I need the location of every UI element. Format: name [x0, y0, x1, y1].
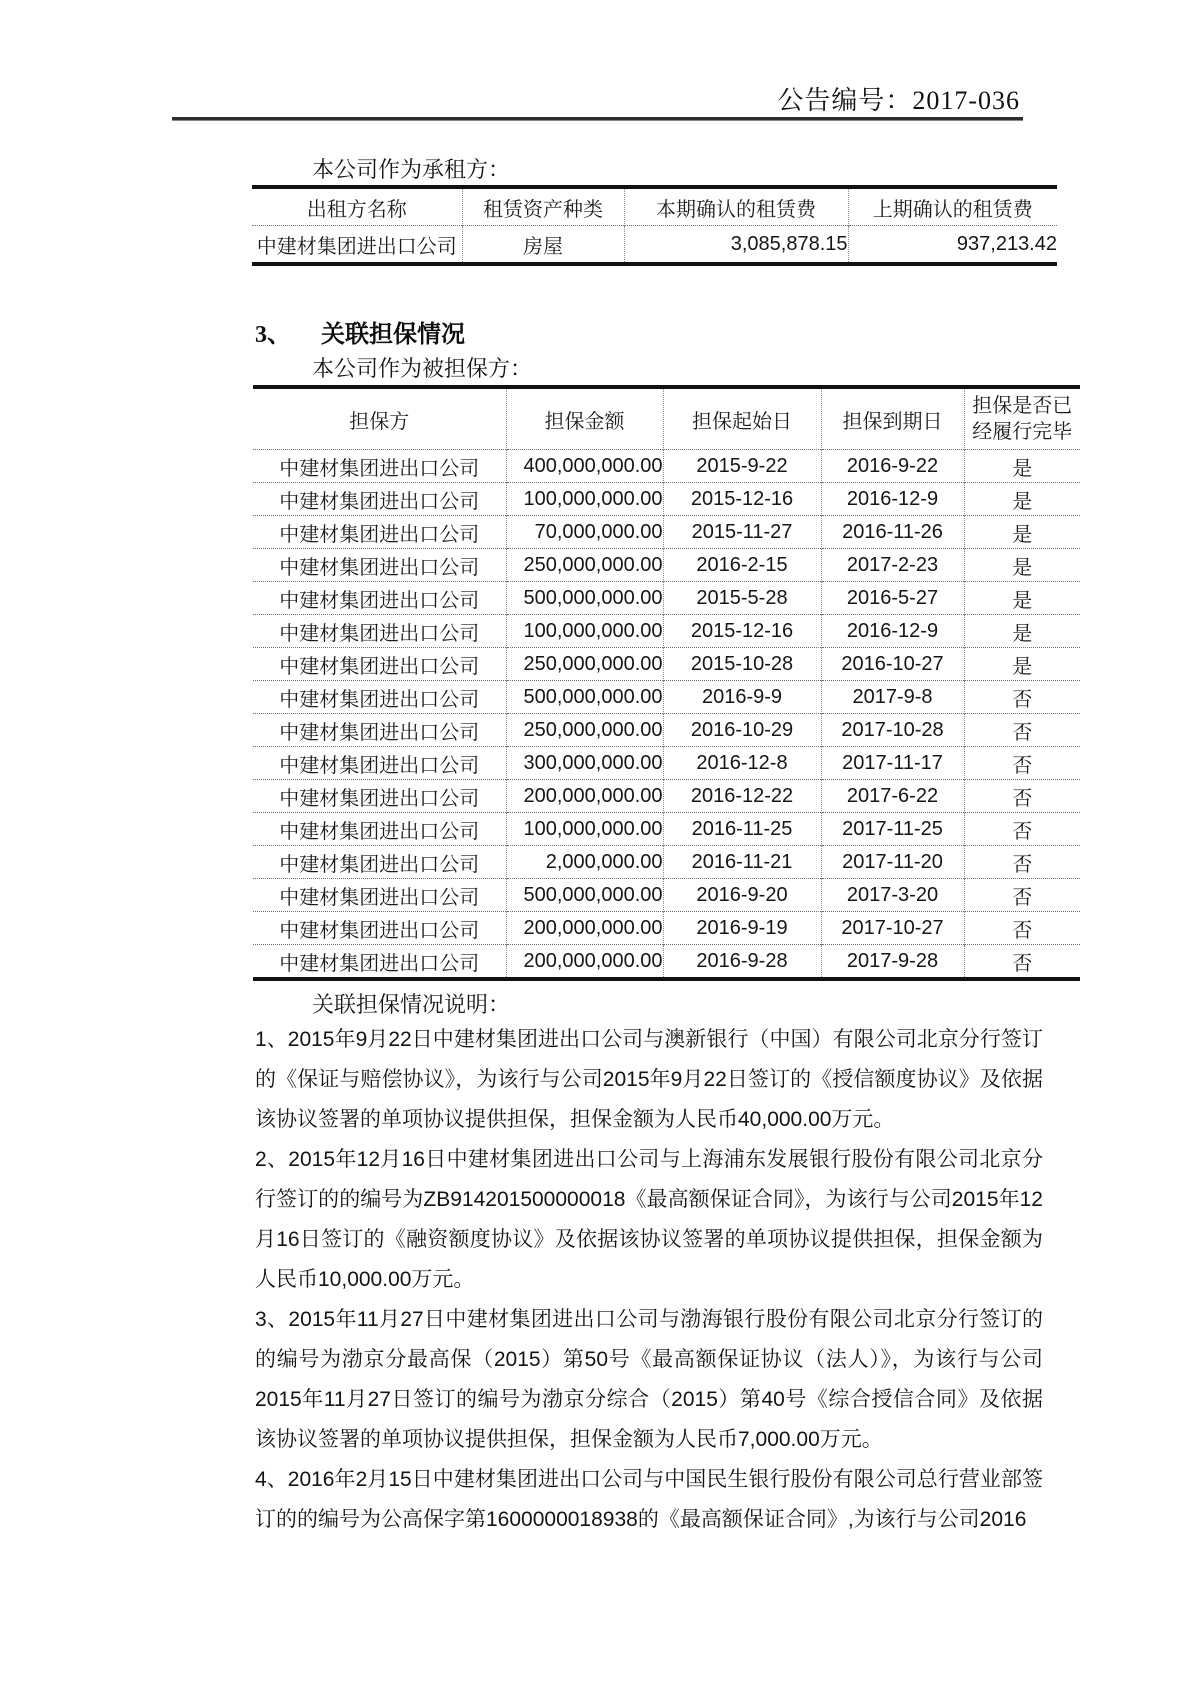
cell-end-date: 2017-6-22 [821, 780, 964, 813]
cell-fulfilled: 否 [964, 912, 1080, 945]
cell-amount: 500,000,000.00 [506, 582, 663, 615]
header-cell-asset-type: 租赁资产种类 [462, 187, 624, 226]
cell-end-date: 2017-2-23 [821, 549, 964, 582]
cell-start-date: 2016-2-15 [663, 549, 821, 582]
cell-current-fee: 3,085,878.15 [624, 226, 848, 265]
guarantee-table-header-row: 担保方 担保金额 担保起始日 担保到期日 担保是否已 经履行完毕 [253, 387, 1080, 450]
cell-end-date: 2017-9-8 [821, 681, 964, 714]
cell-end-date: 2016-12-9 [821, 483, 964, 516]
cell-start-date: 2016-12-8 [663, 747, 821, 780]
cell-end-date: 2016-11-26 [821, 516, 964, 549]
cell-end-date: 2017-10-28 [821, 714, 964, 747]
cell-party: 中建材集团进出口公司 [253, 912, 506, 945]
cell-end-date: 2017-10-27 [821, 912, 964, 945]
table-row: 中建材集团进出口公司 200,000,000.00 2016-9-28 2017… [253, 945, 1080, 980]
table-row: 中建材集团进出口公司 250,000,000.00 2016-10-29 201… [253, 714, 1080, 747]
cell-party: 中建材集团进出口公司 [253, 780, 506, 813]
table-row: 中建材集团进出口公司 300,000,000.00 2016-12-8 2017… [253, 747, 1080, 780]
cell-amount: 200,000,000.00 [506, 780, 663, 813]
cell-start-date: 2015-5-28 [663, 582, 821, 615]
cell-party: 中建材集团进出口公司 [253, 516, 506, 549]
cell-party: 中建材集团进出口公司 [253, 879, 506, 912]
header-cell-fulfilled: 担保是否已 经履行完毕 [964, 387, 1080, 450]
cell-amount: 100,000,000.00 [506, 615, 663, 648]
cell-amount: 250,000,000.00 [506, 549, 663, 582]
cell-start-date: 2016-11-21 [663, 846, 821, 879]
table-row: 中建材集团进出口公司 250,000,000.00 2016-2-15 2017… [253, 549, 1080, 582]
cell-amount: 2,000,000.00 [506, 846, 663, 879]
note-paragraph: 4、2016年2月15日中建材集团进出口公司与中国民生银行股份有限公司总行营业部… [255, 1460, 1043, 1540]
document-page: 公告编号：2017-036 本公司作为承租方： 出租方名称 租赁资产种类 本期确… [0, 0, 1200, 1697]
table-row: 中建材集团进出口公司 2,000,000.00 2016-11-21 2017-… [253, 846, 1080, 879]
cell-start-date: 2015-10-28 [663, 648, 821, 681]
cell-amount: 500,000,000.00 [506, 879, 663, 912]
note-paragraph: 2、2015年12月16日中建材集团进出口公司与上海浦东发展银行股份有限公司北京… [255, 1140, 1043, 1300]
cell-fulfilled: 否 [964, 846, 1080, 879]
section-heading: 3、关联担保情况 [255, 314, 465, 349]
header-cell-lessor: 出租方名称 [252, 187, 462, 226]
cell-amount: 200,000,000.00 [506, 945, 663, 980]
header-cell-prior-fee: 上期确认的租赁费 [848, 187, 1057, 226]
table-row: 中建材集团进出口公司 400,000,000.00 2015-9-22 2016… [253, 450, 1080, 483]
cell-start-date: 2016-9-19 [663, 912, 821, 945]
header-fulfilled-line1: 担保是否已 [965, 393, 1081, 419]
section-number: 3、 [255, 322, 291, 348]
table-row: 中建材集团进出口公司 500,000,000.00 2016-9-9 2017-… [253, 681, 1080, 714]
table-row: 中建材集团进出口公司 200,000,000.00 2016-12-22 201… [253, 780, 1080, 813]
cell-amount: 250,000,000.00 [506, 648, 663, 681]
header-rule [172, 117, 1023, 121]
cell-fulfilled: 是 [964, 516, 1080, 549]
cell-end-date: 2017-11-20 [821, 846, 964, 879]
cell-party: 中建材集团进出口公司 [253, 549, 506, 582]
cell-party: 中建材集团进出口公司 [253, 483, 506, 516]
cell-fulfilled: 否 [964, 681, 1080, 714]
cell-amount: 300,000,000.00 [506, 747, 663, 780]
cell-prior-fee: 937,213.42 [848, 226, 1057, 265]
table-row: 中建材集团进出口公司 100,000,000.00 2015-12-16 201… [253, 615, 1080, 648]
cell-amount: 500,000,000.00 [506, 681, 663, 714]
cell-fulfilled: 否 [964, 747, 1080, 780]
header-cell-end-date: 担保到期日 [821, 387, 964, 450]
table-row: 中建材集团进出口公司 500,000,000.00 2015-5-28 2016… [253, 582, 1080, 615]
cell-start-date: 2015-12-16 [663, 483, 821, 516]
note-paragraph: 1、2015年9月22日中建材集团进出口公司与澳新银行（中国）有限公司北京分行签… [255, 1020, 1043, 1140]
cell-party: 中建材集团进出口公司 [253, 714, 506, 747]
cell-end-date: 2016-9-22 [821, 450, 964, 483]
cell-fulfilled: 是 [964, 648, 1080, 681]
cell-fulfilled: 是 [964, 615, 1080, 648]
cell-party: 中建材集团进出口公司 [253, 747, 506, 780]
note-paragraph: 3、2015年11月27日中建材集团进出口公司与渤海银行股份有限公司北京分行签订… [255, 1300, 1043, 1460]
header-cell-amount: 担保金额 [506, 387, 663, 450]
cell-end-date: 2017-3-20 [821, 879, 964, 912]
cell-start-date: 2016-9-9 [663, 681, 821, 714]
announcement-number: 公告编号：2017-036 [0, 80, 1020, 117]
cell-amount: 70,000,000.00 [506, 516, 663, 549]
cell-amount: 250,000,000.00 [506, 714, 663, 747]
cell-fulfilled: 是 [964, 450, 1080, 483]
header-cell-start-date: 担保起始日 [663, 387, 821, 450]
cell-end-date: 2016-10-27 [821, 648, 964, 681]
cell-party: 中建材集团进出口公司 [253, 846, 506, 879]
cell-end-date: 2017-9-28 [821, 945, 964, 980]
cell-start-date: 2015-9-22 [663, 450, 821, 483]
cell-start-date: 2016-9-20 [663, 879, 821, 912]
table-row: 中建材集团进出口公司 250,000,000.00 2015-10-28 201… [253, 648, 1080, 681]
cell-party: 中建材集团进出口公司 [253, 450, 506, 483]
cell-party: 中建材集团进出口公司 [253, 648, 506, 681]
section-title: 关联担保情况 [321, 322, 465, 348]
header-fulfilled-line2: 经履行完毕 [965, 419, 1081, 445]
cell-fulfilled: 否 [964, 714, 1080, 747]
cell-end-date: 2017-11-17 [821, 747, 964, 780]
lease-table: 出租方名称 租赁资产种类 本期确认的租赁费 上期确认的租赁费 中建材集团进出口公… [252, 185, 1057, 266]
table-row: 中建材集团进出口公司 200,000,000.00 2016-9-19 2017… [253, 912, 1080, 945]
cell-amount: 400,000,000.00 [506, 450, 663, 483]
cell-amount: 200,000,000.00 [506, 912, 663, 945]
cell-start-date: 2016-12-22 [663, 780, 821, 813]
cell-end-date: 2016-12-9 [821, 615, 964, 648]
cell-start-date: 2015-12-16 [663, 615, 821, 648]
table-row: 中建材集团进出口公司 100,000,000.00 2015-12-16 201… [253, 483, 1080, 516]
table-row: 中建材集团进出口公司 500,000,000.00 2016-9-20 2017… [253, 879, 1080, 912]
lease-table-header-row: 出租方名称 租赁资产种类 本期确认的租赁费 上期确认的租赁费 [252, 187, 1057, 226]
cell-start-date: 2016-11-25 [663, 813, 821, 846]
cell-fulfilled: 否 [964, 945, 1080, 980]
cell-amount: 100,000,000.00 [506, 483, 663, 516]
cell-party: 中建材集团进出口公司 [253, 681, 506, 714]
cell-start-date: 2016-10-29 [663, 714, 821, 747]
notes-paragraphs: 1、2015年9月22日中建材集团进出口公司与澳新银行（中国）有限公司北京分行签… [255, 1020, 1043, 1540]
guarantee-table: 担保方 担保金额 担保起始日 担保到期日 担保是否已 经履行完毕 中建材集团进出… [253, 385, 1080, 981]
cell-fulfilled: 否 [964, 780, 1080, 813]
notes-label: 关联担保情况说明： [312, 988, 510, 1019]
cell-fulfilled: 是 [964, 582, 1080, 615]
cell-fulfilled: 是 [964, 483, 1080, 516]
cell-start-date: 2016-9-28 [663, 945, 821, 980]
header-cell-current-fee: 本期确认的租赁费 [624, 187, 848, 226]
cell-party: 中建材集团进出口公司 [253, 813, 506, 846]
cell-party: 中建材集团进出口公司 [253, 945, 506, 980]
cell-end-date: 2016-5-27 [821, 582, 964, 615]
table-row: 中建材集团进出口公司 100,000,000.00 2016-11-25 201… [253, 813, 1080, 846]
cell-lessor: 中建材集团进出口公司 [252, 226, 462, 265]
cell-fulfilled: 是 [964, 549, 1080, 582]
cell-start-date: 2015-11-27 [663, 516, 821, 549]
header-cell-party: 担保方 [253, 387, 506, 450]
cell-fulfilled: 否 [964, 813, 1080, 846]
cell-asset-type: 房屋 [462, 226, 624, 265]
lease-intro-label: 本公司作为承租方： [312, 153, 510, 184]
table-row: 中建材集团进出口公司 70,000,000.00 2015-11-27 2016… [253, 516, 1080, 549]
cell-fulfilled: 否 [964, 879, 1080, 912]
cell-party: 中建材集团进出口公司 [253, 615, 506, 648]
cell-amount: 100,000,000.00 [506, 813, 663, 846]
table-row: 中建材集团进出口公司 房屋 3,085,878.15 937,213.42 [252, 226, 1057, 265]
cell-end-date: 2017-11-25 [821, 813, 964, 846]
cell-party: 中建材集团进出口公司 [253, 582, 506, 615]
guarantee-intro-label: 本公司作为被担保方： [312, 352, 532, 383]
